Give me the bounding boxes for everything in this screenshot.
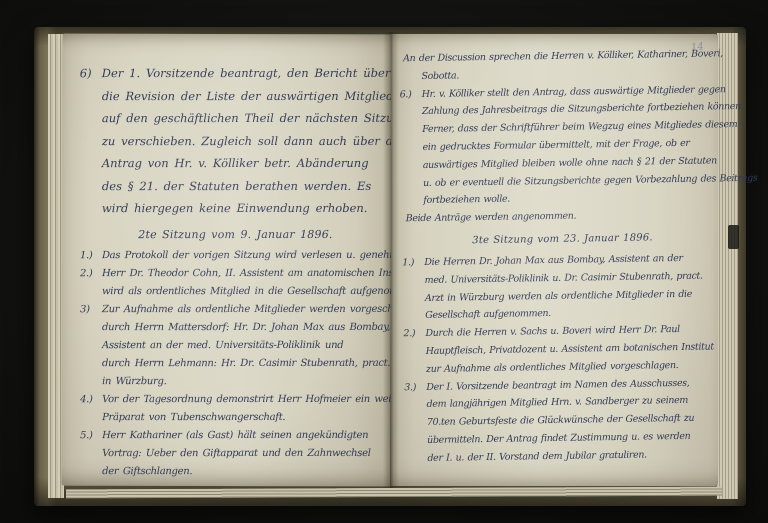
line-text: fortbeziehen wolle. [423, 194, 510, 206]
left-page: 6)Der 1. Vorsitzende beantragt, den Beri… [61, 34, 391, 487]
line-text: 70.ten Geburtsfeste die Glückwünsche der… [427, 413, 695, 428]
line-text: durch Herrn Lehmann: Hr. Dr. Casimir Stu… [102, 357, 415, 368]
line-text: 2te Sitzung vom 9. Januar 1896. [138, 227, 332, 240]
line-text: in Würzburg. [102, 376, 166, 387]
right-page: 14 An der Discussion sprechen die Herren… [391, 34, 718, 486]
line-text: Das Protokoll der vorigen Sitzung wird v… [102, 249, 414, 260]
item-number: 3) [80, 301, 90, 319]
manuscript-line: durch Herrn Mattersdorf: Hr. Dr. Johan M… [102, 318, 387, 336]
line-text: u. ob er eventuell die Sitzungsberichte … [423, 172, 757, 188]
line-text: wird hiergegen keine Einwendung erhoben. [102, 201, 368, 215]
manuscript-line: 3)Zur Aufnahme als ordentliche Mitgliede… [102, 300, 387, 318]
line-text: übermitteln. Der Antrag findet Zustimmun… [427, 431, 690, 446]
line-text: Hr. v. Kölliker stellt den Antrag, dass … [422, 84, 726, 100]
manuscript-line: 6)Der 1. Vorsitzende beantragt, den Beri… [102, 62, 387, 85]
line-text: Herr Dr. Theodor Cohn, II. Assistent am … [102, 267, 414, 278]
manuscript-line: wird hiergegen keine Einwendung erhoben. [102, 197, 387, 220]
session-heading: 2te Sitzung vom 9. Januar 1896. [102, 224, 369, 243]
manuscript-line: der Giftschlangen. [102, 462, 387, 480]
line-text: 3te Sitzung vom 23. Januar 1896. [472, 232, 653, 246]
left-page-text: 6)Der 1. Vorsitzende beantragt, den Beri… [102, 62, 387, 481]
item-number: 6.) [400, 86, 412, 104]
item-number: 6) [80, 62, 92, 85]
line-text: Zahlung des Jahresbeitrags die Sitzungsb… [422, 101, 744, 117]
manuscript-line: zu verschieben. Zugleich soll dann auch … [102, 129, 387, 152]
line-text: Der 1. Vorsitzende beantragt, den Berich… [102, 66, 391, 80]
line-text: Gesellschaft aufgenommen. [425, 308, 551, 321]
item-number: 2.) [80, 265, 93, 283]
manuscript-line: 4.)Vor der Tagesordnung demonstrirt Herr… [102, 390, 387, 408]
manuscript-line: in Würzburg. [102, 372, 387, 390]
manuscript-line: Beide Anträge werden angenommen. [406, 206, 719, 229]
line-text: Vortrag: Ueber den Giftapparat und den Z… [102, 447, 371, 458]
manuscript-line: Vortrag: Ueber den Giftapparat und den Z… [102, 444, 387, 462]
manuscript-line: des § 21. der Statuten berathen werden. … [102, 174, 387, 197]
line-text: der Giftschlangen. [102, 466, 192, 477]
manuscript-line: Assistent an der med. Universitäts-Polik… [102, 336, 387, 354]
line-text: Zur Aufnahme als ordentliche Mitglieder … [102, 303, 420, 314]
line-text: wird als ordentliches Mitglied in die Ge… [102, 285, 422, 296]
manuscript-line: wird als ordentliches Mitglied in die Ge… [102, 282, 387, 300]
manuscript-line: auf den geschäftlichen Theil der nächste… [102, 107, 387, 130]
item-number: 1.) [80, 247, 93, 265]
line-text: zu verschieben. Zugleich soll dann auch … [102, 133, 407, 147]
page-stack-notch [728, 225, 739, 249]
item-number: 2.) [403, 325, 415, 343]
line-text: des § 21. der Statuten berathen werden. … [102, 178, 371, 192]
line-text: die Revision der Liste der auswärtigen M… [102, 88, 406, 102]
line-text: Hauptfleisch, Privatdozent u. Assistent … [426, 341, 714, 357]
manuscript-line: Präparat von Tubenschwangerschaft. [102, 408, 387, 426]
manuscript-line: der I. u. der II. Vorstand dem Jubilar g… [427, 445, 722, 467]
photo-background: 6)Der 1. Vorsitzende beantragt, den Beri… [0, 0, 768, 523]
right-page-text: An der Discussion sprechen die Herren v.… [421, 45, 723, 467]
line-text: ein gedrucktes Formular übermittelt, mit… [422, 138, 689, 153]
manuscript-line: durch Herrn Lehmann: Hr. Dr. Casimir Stu… [102, 354, 387, 372]
line-text: Assistent an der med. Universitäts-Polik… [102, 339, 343, 350]
item-number: 5.) [80, 427, 93, 445]
line-text: Die Herren Dr. Johan Max aus Bombay, Ass… [424, 253, 682, 268]
line-text: Herr Kathariner (als Gast) hält seinen a… [102, 429, 368, 440]
line-text: Ferner, dass der Schriftführer beim Wegz… [422, 119, 737, 135]
manuscript-line: 5.)Herr Kathariner (als Gast) hält seine… [102, 426, 387, 444]
line-text: dem langjährigen Mitglied Hrn. v. Sandbe… [426, 395, 688, 410]
item-number: 3.) [404, 379, 416, 397]
manuscript-line: die Revision der Liste der auswärtigen M… [102, 84, 387, 107]
item-number: 4.) [80, 391, 93, 409]
line-text: Durch die Herren v. Sachs u. Boveri wird… [425, 324, 679, 339]
line-text: Arzt in Würzburg werden als ordentliche … [425, 288, 692, 303]
line-text: auswärtiges Mitglied bleiben wolle ohne … [423, 155, 717, 171]
manuscript-book: 6)Der 1. Vorsitzende beantragt, den Beri… [34, 27, 746, 506]
line-text: zur Aufnahme als ordentliches Mitglied v… [426, 360, 679, 375]
item-number: 1.) [402, 254, 414, 272]
line-text: Beide Anträge werden angenommen. [406, 211, 577, 225]
book-gutter [383, 32, 399, 488]
manuscript-line: 2.)Herr Dr. Theodor Cohn, II. Assistent … [102, 264, 387, 282]
line-text: der I. u. der II. Vorstand dem Jubilar g… [427, 449, 647, 463]
line-text: Präparat von Tubenschwangerschaft. [102, 412, 285, 423]
line-text: Vor der Tagesordnung demonstrirt Herr Ho… [102, 393, 415, 404]
line-text: auf den geschäftlichen Theil der nächste… [102, 111, 408, 125]
line-text: durch Herrn Mattersdorf: Hr. Dr. Johan M… [102, 321, 390, 332]
line-text: Sobotta. [421, 70, 459, 82]
line-text: An der Discussion sprechen die Herren v.… [403, 48, 723, 64]
line-text: med. Universitäts-Poliklinik u. Dr. Casi… [425, 270, 703, 285]
session-heading: 3te Sitzung vom 23. Januar 1896. [424, 229, 701, 251]
line-text: Der I. Vorsitzende beantragt im Namen de… [426, 377, 689, 392]
manuscript-line: Antrag von Hr. v. Kölliker betr. Abänder… [102, 152, 387, 175]
line-text: Antrag von Hr. v. Kölliker betr. Abänder… [102, 156, 369, 170]
manuscript-line: 1.)Das Protokoll der vorigen Sitzung wir… [102, 246, 387, 264]
